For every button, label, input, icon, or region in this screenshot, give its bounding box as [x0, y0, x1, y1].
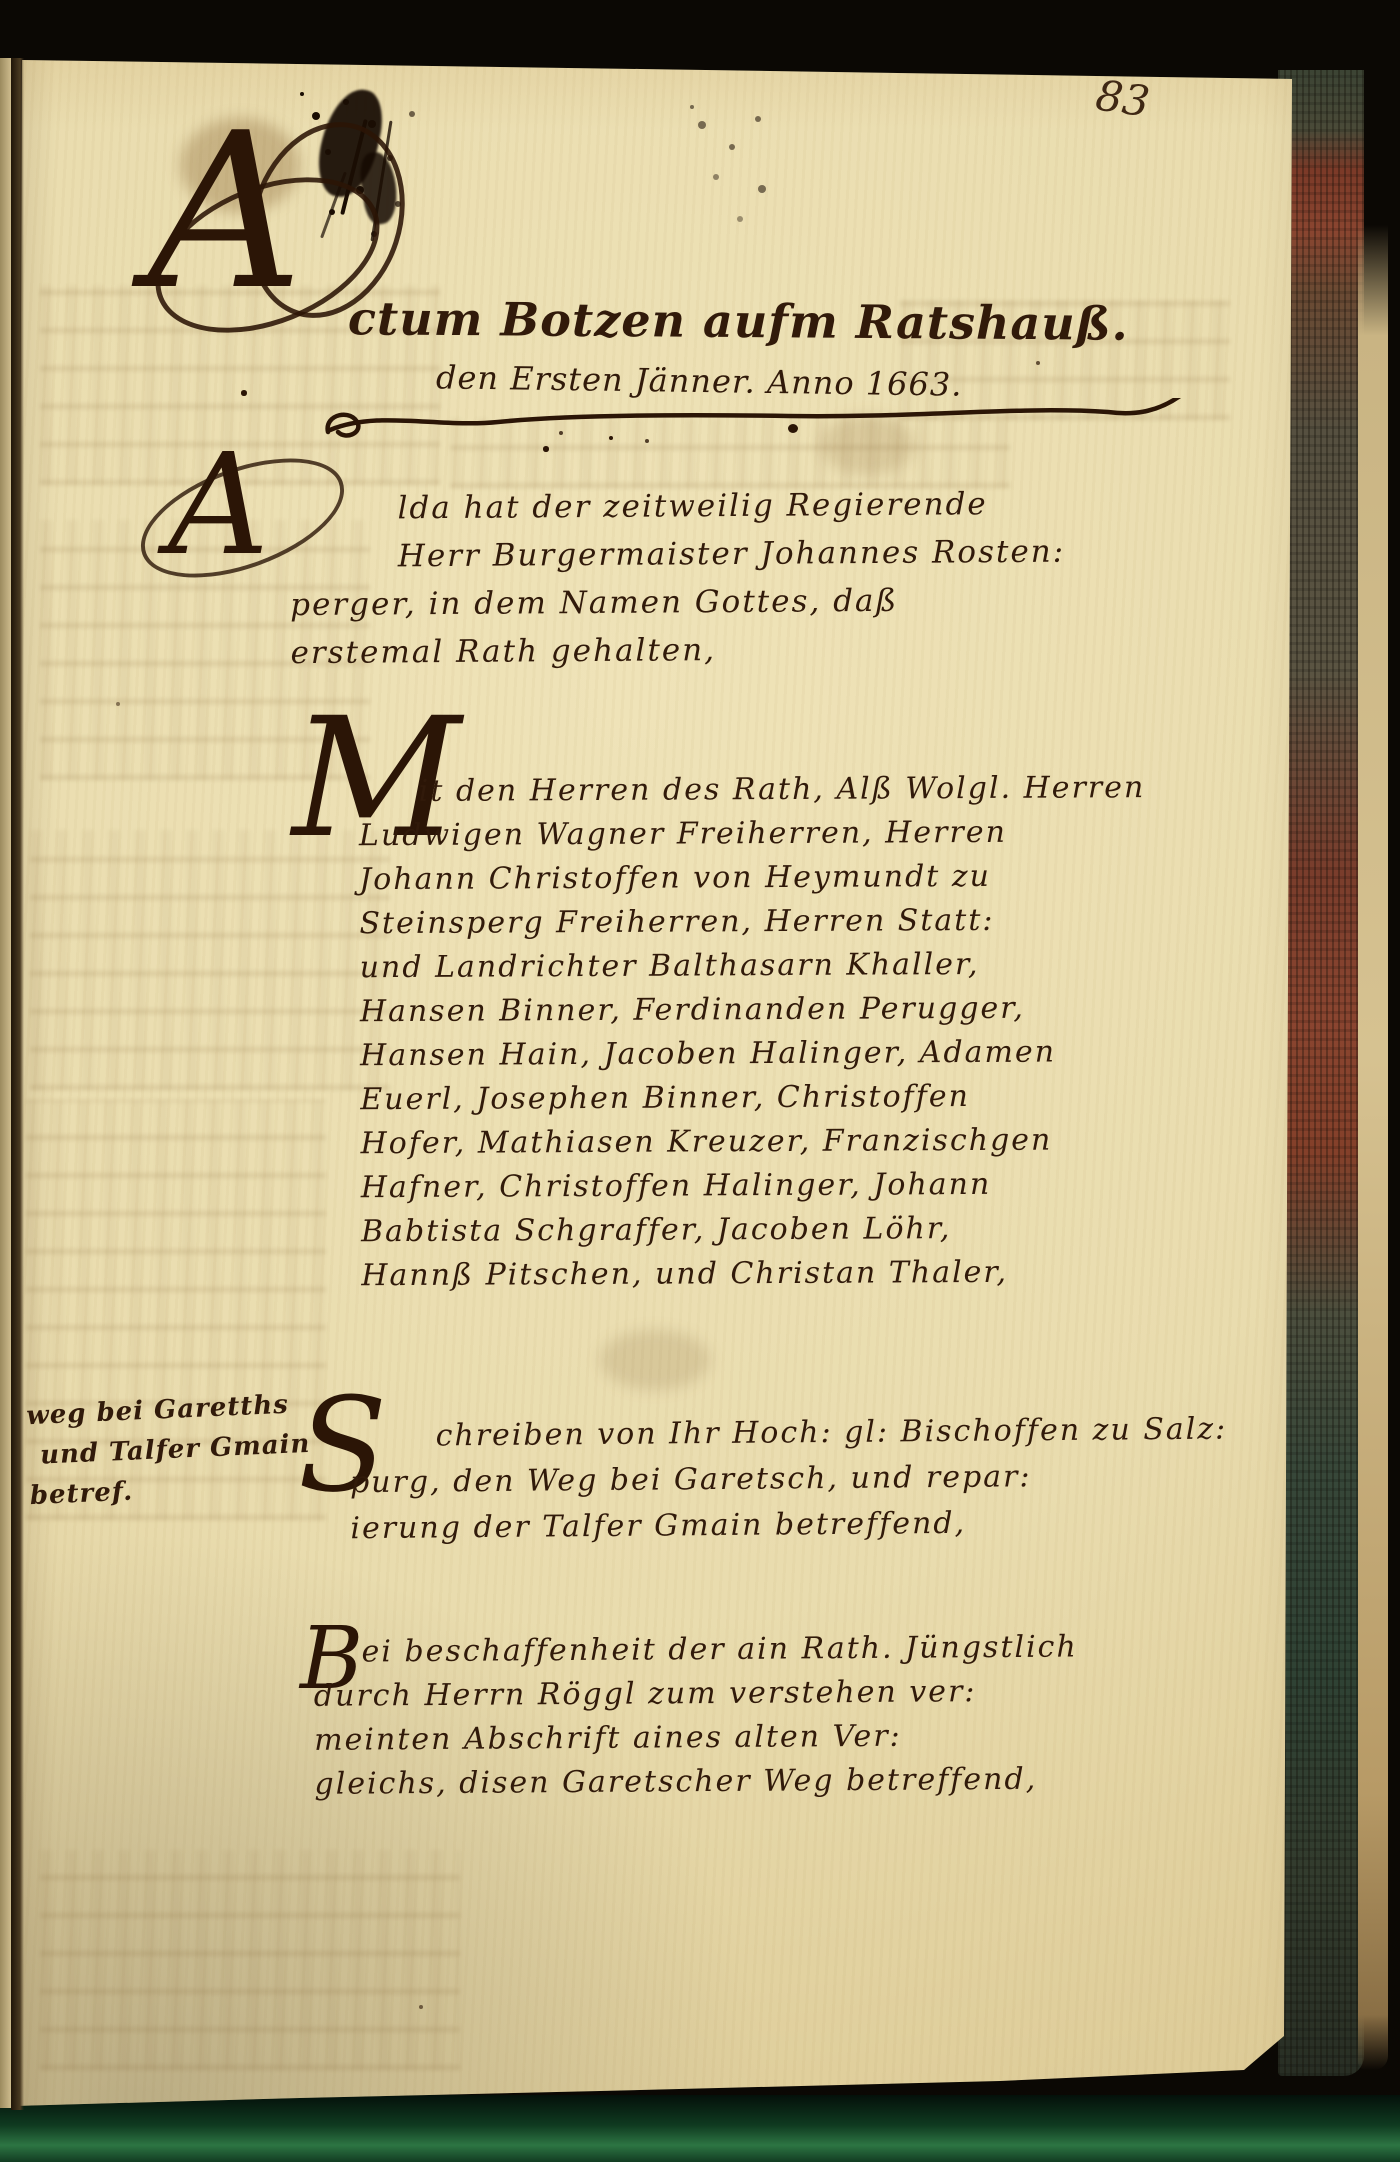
- paper-stain: [600, 1330, 710, 1390]
- text-line: erstemal Rath gehalten,: [290, 624, 1066, 677]
- margin-note: weg bei Garetths und Talfer Gmain betref…: [26, 1384, 313, 1516]
- text-line: it den Herren des Rath, Alß Wolgl. Herre…: [419, 766, 1146, 814]
- text-line: Johann Christoffen von Heymundt zu: [359, 854, 1146, 902]
- book-fore-edge: [1278, 70, 1364, 2076]
- gutter-shadow: [11, 58, 24, 2110]
- text-line: und Landrichter Balthasarn Khaller,: [360, 942, 1147, 990]
- text-line: Hofer, Mathiasen Kreuzer, Franzischgen: [360, 1118, 1147, 1166]
- bleed-through-text: [40, 1850, 460, 2070]
- ink-specks: [0, 0, 2, 2]
- text-line: Hannß Pitschen, und Christan Thaler,: [361, 1250, 1148, 1298]
- table-surface: [0, 2095, 1400, 2162]
- dateline-flourish: [318, 398, 1198, 444]
- text-line: Hansen Binner, Ferdinanden Perugger,: [360, 986, 1147, 1034]
- folio-number: 83: [1093, 71, 1153, 127]
- text-line: ei beschaffenheit der ain Rath. Jüngstli…: [361, 1626, 1078, 1675]
- text-line: durch Herrn Röggl zum verstehen ver:: [314, 1670, 1079, 1719]
- gutter-page-edge: [0, 58, 11, 2108]
- text-line: Hansen Hain, Jacoben Halinger, Adamen: [360, 1030, 1147, 1078]
- text-line: Babtista Schgraffer, Jacoben Löhr,: [361, 1206, 1148, 1254]
- text-line: chreiben von Ihr Hoch: gl: Bischoffen zu…: [435, 1407, 1227, 1460]
- text-line: gleichs, disen Garetscher Weg betreffend…: [314, 1757, 1079, 1806]
- text-line: Herr Burgermaister Johannes Rosten:: [398, 528, 1066, 581]
- ink-spray: [690, 105, 694, 109]
- text-line: lda hat der zeitweilig Regierende: [397, 480, 1065, 533]
- text-line: purg, den Weg bei Garetsch, und repar:: [350, 1453, 1228, 1507]
- heading-dateline: den Ersten Jänner. Anno 1663.: [436, 358, 963, 403]
- paragraph-4: ei beschaffenheit der ain Rath. Jüngstli…: [361, 1626, 1078, 1807]
- heading-title: ctum Botzen aufm Ratshauß.: [348, 291, 1129, 350]
- text-line: perger, in dem Namen Gottes, daß: [290, 576, 1066, 629]
- text-line: Hafner, Christoffen Halinger, Johann: [361, 1162, 1148, 1210]
- paragraph-1: lda hat der zeitweilig Regierende Herr B…: [397, 480, 1066, 677]
- manuscript-photo: 83 A ctum Botzen aufm Ratshauß. den Erst…: [0, 0, 1400, 2162]
- paragraph-3: chreiben von Ihr Hoch: gl: Bischoffen zu…: [435, 1407, 1228, 1552]
- text-line: ierung der Talfer Gmain betreffend,: [350, 1499, 1228, 1553]
- text-line: meinten Abschrift aines alten Ver:: [314, 1714, 1079, 1763]
- text-line: Steinsperg Freiherren, Herren Statt:: [359, 898, 1146, 946]
- paragraph-2: it den Herren des Rath, Alß Wolgl. Herre…: [419, 766, 1148, 1298]
- cover-edge: [1358, 225, 1388, 2070]
- heading-drop-cap: A: [148, 104, 303, 319]
- text-line: Ludwigen Wagner Freiherren, Herren: [359, 810, 1146, 858]
- text-line: Euerl, Josephen Binner, Christoffen: [360, 1074, 1147, 1122]
